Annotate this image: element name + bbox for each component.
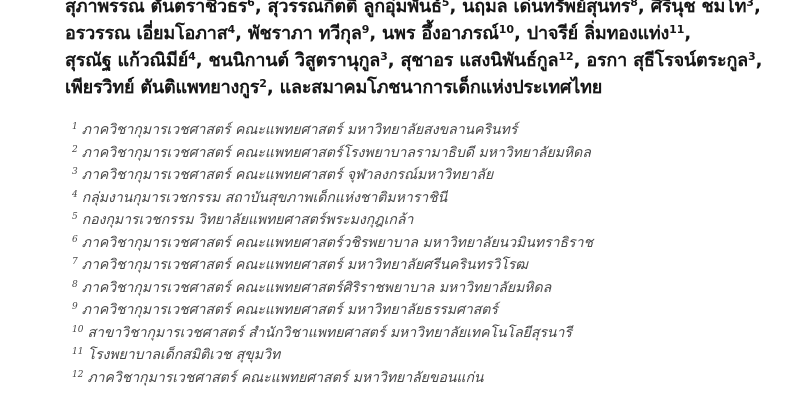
affiliation-text: สาขาวิชากุมารเวชศาสตร์ สำนักวิชาแพทยศาสต…	[87, 325, 571, 341]
author-list: สุภาพรรณ ตันตราชีวธร6, สุวรรณกิตติ์ ลูกอ…	[65, 0, 786, 101]
affiliation-item-6: 6ภาควิชากุมารเวชศาสตร์ คณะแพทยศาสตร์วชิร…	[72, 232, 786, 255]
affiliation-item-11: 11โรงพยาบาลเด็กสมิติเวช สุขุมวิท	[72, 344, 786, 367]
affiliation-list: 1ภาควิชากุมารเวชศาสตร์ คณะแพทยศาสตร์ มหา…	[72, 119, 786, 389]
affiliation-text: กองกุมารเวชกรรม วิทยาลัยแพทยศาสตร์พระมงก…	[82, 212, 414, 228]
author-name: , อรกา สุธีโรจน์ตระกูล	[574, 50, 748, 71]
affiliation-item-5: 5กองกุมารเวชกรรม วิทยาลัยแพทยศาสตร์พระมง…	[72, 209, 786, 232]
affiliation-text: ภาควิชากุมารเวชศาสตร์ คณะแพทยศาสตร์โรงพย…	[82, 145, 591, 161]
author-name: , พัชราภา ทวีกุล	[235, 23, 362, 44]
affiliation-text: ภาควิชากุมารเวชศาสตร์ คณะแพทยศาสตร์วชิรพ…	[82, 235, 593, 251]
author-line-1: สุภาพรรณ ตันตราชีวธร6, สุวรรณกิตติ์ ลูกอ…	[65, 0, 786, 20]
author-name: เพียรวิทย์ ตันติแพทยางกูร	[65, 77, 259, 98]
affiliation-number: 8	[72, 280, 78, 290]
author-name: อรวรรณ เอี่ยมโอภาส	[65, 23, 228, 44]
affiliation-number: 10	[72, 325, 83, 335]
affiliation-number: 1	[72, 122, 78, 132]
author-name: , ปาจรีย์ ลิ่มทองแท่ง	[514, 23, 669, 44]
affiliation-number: 5	[72, 212, 78, 222]
author-affiliation-superscript: 12	[558, 50, 573, 63]
author-affiliation-superscript: 2	[259, 77, 267, 90]
paper-page: สุภาพรรณ ตันตราชีวธร6, สุวรรณกิตติ์ ลูกอ…	[0, 0, 806, 403]
affiliation-item-8: 8ภาควิชากุมารเวชศาสตร์ คณะแพทยศาสตร์ศิริ…	[72, 277, 786, 300]
affiliation-text: ภาควิชากุมารเวชศาสตร์ คณะแพทยศาสตร์ มหาว…	[82, 257, 528, 273]
author-name: , ชนนิกานต์ วิสูตรานุกูล	[196, 50, 380, 71]
affiliation-item-1: 1ภาควิชากุมารเวชศาสตร์ คณะแพทยศาสตร์ มหา…	[72, 119, 786, 142]
affiliation-text: โรงพยาบาลเด็กสมิติเวช สุขุมวิท	[87, 347, 280, 363]
author-line-4: เพียรวิทย์ ตันติแพทยางกูร2, และสมาคมโภชน…	[65, 74, 786, 101]
affiliation-item-10: 10สาขาวิชากุมารเวชศาสตร์ สำนักวิชาแพทยศา…	[72, 322, 786, 345]
author-name: สุภาพรรณ ตันตราชีวธร	[65, 0, 247, 17]
author-affiliation-superscript: 4	[228, 23, 236, 36]
affiliation-number: 12	[72, 370, 83, 380]
affiliation-number: 4	[72, 190, 78, 200]
author-affiliation-superscript: 4	[188, 50, 196, 63]
author-affiliation-superscript: 6	[247, 0, 255, 9]
affiliation-item-2: 2ภาควิชากุมารเวชศาสตร์ คณะแพทยศาสตร์โรงพ…	[72, 142, 786, 165]
affiliation-item-4: 4กลุ่มงานกุมารเวชกรรม สถาบันสุขภาพเด็กแห…	[72, 187, 786, 210]
author-name: สุรณัฐ แก้วณิมีย์	[65, 50, 188, 71]
author-affiliation-superscript: 9	[362, 23, 370, 36]
author-affiliation-superscript: 8	[630, 0, 638, 9]
author-affiliation-superscript: 5	[442, 0, 450, 9]
affiliation-text: กลุ่มงานกุมารเวชกรรม สถาบันสุขภาพเด็กแห่…	[82, 190, 447, 206]
author-line-2: อรวรรณ เอี่ยมโอภาส4, พัชราภา ทวีกุล9, นพ…	[65, 20, 786, 47]
author-name: , นฤมล เด่นทรัพย์สุนทร	[449, 0, 630, 17]
affiliation-text: ภาควิชากุมารเวชศาสตร์ คณะแพทยศาสตร์ จุฬา…	[82, 167, 493, 183]
affiliation-item-12: 12ภาควิชากุมารเวชศาสตร์ คณะแพทยศาสตร์ มห…	[72, 367, 786, 390]
author-line-3: สุรณัฐ แก้วณิมีย์4, ชนนิกานต์ วิสูตรานุก…	[65, 47, 786, 74]
affiliation-number: 3	[72, 167, 78, 177]
affiliation-text: ภาควิชากุมารเวชศาสตร์ คณะแพทยศาสตร์ มหาว…	[82, 122, 518, 138]
author-name: , สุชาอร แสงนิพันธ์กูล	[388, 50, 559, 71]
author-name: , ศิรินุช ชมโท	[638, 0, 746, 17]
author-name: ,	[754, 0, 761, 17]
author-name: ,	[756, 50, 763, 71]
affiliation-number: 2	[72, 145, 78, 155]
affiliation-item-9: 9ภาควิชากุมารเวชศาสตร์ คณะแพทยศาสตร์ มหา…	[72, 299, 786, 322]
affiliation-number: 9	[72, 302, 78, 312]
affiliation-number: 7	[72, 257, 78, 267]
author-affiliation-superscript: 3	[746, 0, 754, 9]
author-name: , และสมาคมโภชนาการเด็กแห่งประเทศไทย	[267, 77, 602, 98]
author-name: , นพร อึ้งอาภรณ์	[369, 23, 498, 44]
author-affiliation-superscript: 3	[380, 50, 388, 63]
affiliation-number: 6	[72, 235, 78, 245]
author-affiliation-superscript: 10	[499, 23, 514, 36]
author-affiliation-superscript: 3	[748, 50, 756, 63]
affiliation-number: 11	[72, 347, 83, 357]
affiliation-item-7: 7ภาควิชากุมารเวชศาสตร์ คณะแพทยศาสตร์ มหา…	[72, 254, 786, 277]
author-name: , สุวรรณกิตติ์ ลูกอุ่มพันธ์	[255, 0, 442, 17]
author-name: ,	[684, 23, 691, 44]
affiliation-text: ภาควิชากุมารเวชศาสตร์ คณะแพทยศาสตร์ มหาว…	[87, 370, 483, 386]
author-affiliation-superscript: 11	[669, 23, 684, 36]
affiliation-text: ภาควิชากุมารเวชศาสตร์ คณะแพทยศาสตร์ มหาว…	[82, 302, 498, 318]
affiliation-text: ภาควิชากุมารเวชศาสตร์ คณะแพทยศาสตร์ศิริร…	[82, 280, 551, 296]
affiliation-item-3: 3ภาควิชากุมารเวชศาสตร์ คณะแพทยศาสตร์ จุฬ…	[72, 164, 786, 187]
